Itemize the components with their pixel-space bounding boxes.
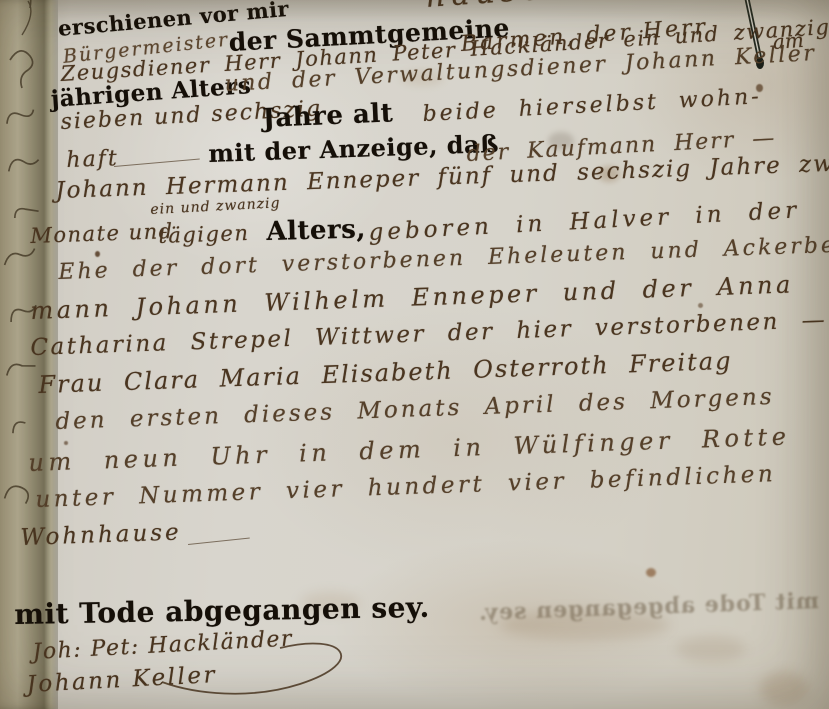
ink-dash xyxy=(114,159,200,167)
paper-stain xyxy=(95,251,100,257)
register-book-photo: hausen erschienen vor mir Bürgermeister … xyxy=(0,0,829,709)
paper-stain xyxy=(760,672,808,706)
ink-bleedthrough-text: mit Tode abgegangen sey. xyxy=(478,588,820,626)
signature-flourish xyxy=(150,630,390,709)
printed-text-mit-tode: mit Tode abgegangen sey. xyxy=(14,591,430,631)
paper-stain xyxy=(64,441,68,445)
paper-stain xyxy=(646,568,656,577)
paper-stain xyxy=(698,303,703,308)
handwritten-taegigen: tägigen xyxy=(158,221,250,248)
printed-text-anzeige: mit der Anzeige, daß xyxy=(208,129,499,168)
handwritten-fragment-top: hausen xyxy=(425,0,572,15)
handwritten-haft: haft xyxy=(66,146,119,173)
paper-stain xyxy=(676,636,746,662)
printed-text-alters: Alters, xyxy=(266,214,366,247)
ink-dash xyxy=(188,538,250,545)
handwritten-monate-und: Monate und xyxy=(30,219,174,248)
handwritten-wohnhause: Wohnhause xyxy=(20,519,182,551)
printed-text-jahre-alt: Jahre alt xyxy=(262,98,394,134)
handwritten-beide-wohnhaft: beide hierselbst wohn- xyxy=(422,84,762,127)
